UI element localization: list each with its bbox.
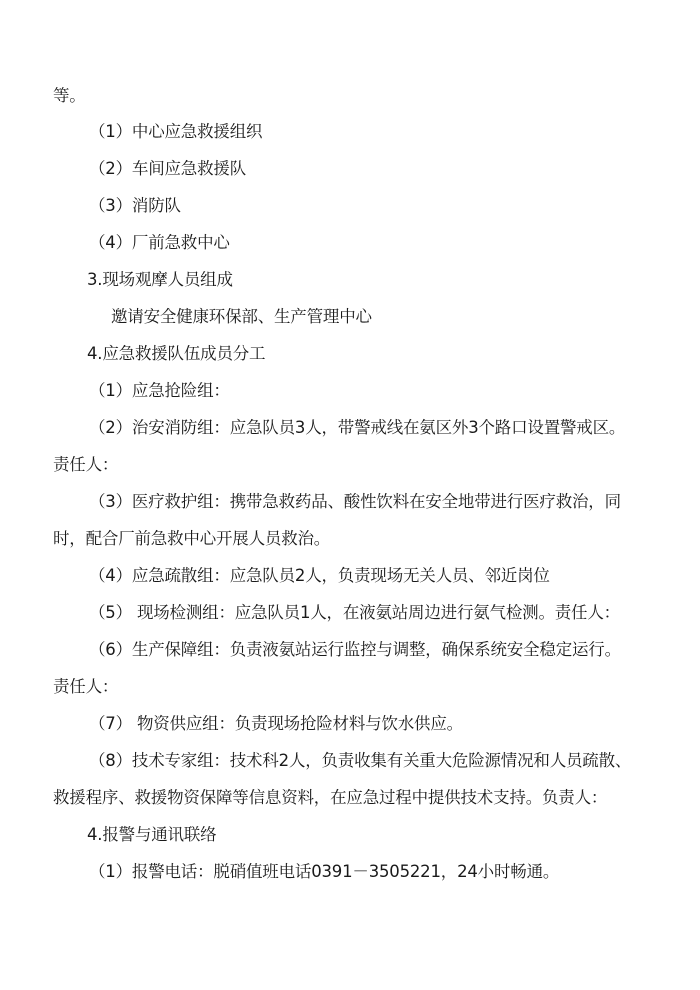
- text-responsible-person: 责任人：: [53, 455, 118, 475]
- section-heading-team-division: 4.应急救援队伍成员分工: [87, 344, 265, 364]
- text-continuation: 等。: [53, 86, 86, 106]
- list-item-medical-group: （3）医疗救护组：携带急救药品、酸性饮料在安全地带进行医疗救治，同: [89, 492, 621, 512]
- section-heading-alarm-comm: 4.报警与通讯联络: [87, 825, 216, 845]
- text-responsible-person: 责任人：: [53, 677, 118, 697]
- list-item-alarm-phone: （1）报警电话：脱硝值班电话0391－3505221，24小时畅通。: [89, 862, 559, 882]
- list-item-first-aid-center: （4）厂前急救中心: [89, 233, 230, 253]
- list-item-evacuation-group: （4）应急疏散组：应急队员2人，负责现场无关人员、邻近岗位: [89, 566, 550, 586]
- text-expert-group-cont: 救援程序、救援物资保障等信息资料，在应急过程中提供技术支持。负责人：: [53, 788, 607, 808]
- list-item-security-fire-group: （2）治安消防组：应急队员3人，带警戒线在氨区外3个路口设置警戒区。: [89, 418, 625, 438]
- paragraph-observers: 邀请安全健康环保部、生产管理中心: [111, 307, 372, 327]
- section-heading-observers: 3.现场观摩人员组成: [87, 270, 233, 290]
- list-item-supply-group: （7） 物资供应组：负责现场抢险材料与饮水供应。: [89, 714, 463, 734]
- list-item-detection-group: （5） 现场检测组：应急队员1人，在液氨站周边进行氨气检测。责任人：: [89, 603, 620, 623]
- list-item-expert-group: （8）技术专家组：技术科2人，负责收集有关重大危险源情况和人员疏散、: [89, 751, 631, 771]
- list-item-production-group: （6）生产保障组：负责液氨站运行监控与调整，确保系统安全稳定运行。: [89, 640, 621, 660]
- list-item-emergency-rescue-group: （1）应急抢险组：: [89, 381, 230, 401]
- list-item-fire-brigade: （3）消防队: [89, 196, 181, 216]
- list-item-center-rescue-org: （1）中心应急救援组织: [89, 122, 262, 142]
- list-item-workshop-rescue-team: （2）车间应急救援队: [89, 159, 246, 179]
- document-page: 等。 （1）中心应急救援组织 （2）车间应急救援队 （3）消防队 （4）厂前急救…: [0, 0, 700, 990]
- text-medical-group-cont: 时，配合厂前急救中心开展人员救治。: [53, 529, 330, 549]
